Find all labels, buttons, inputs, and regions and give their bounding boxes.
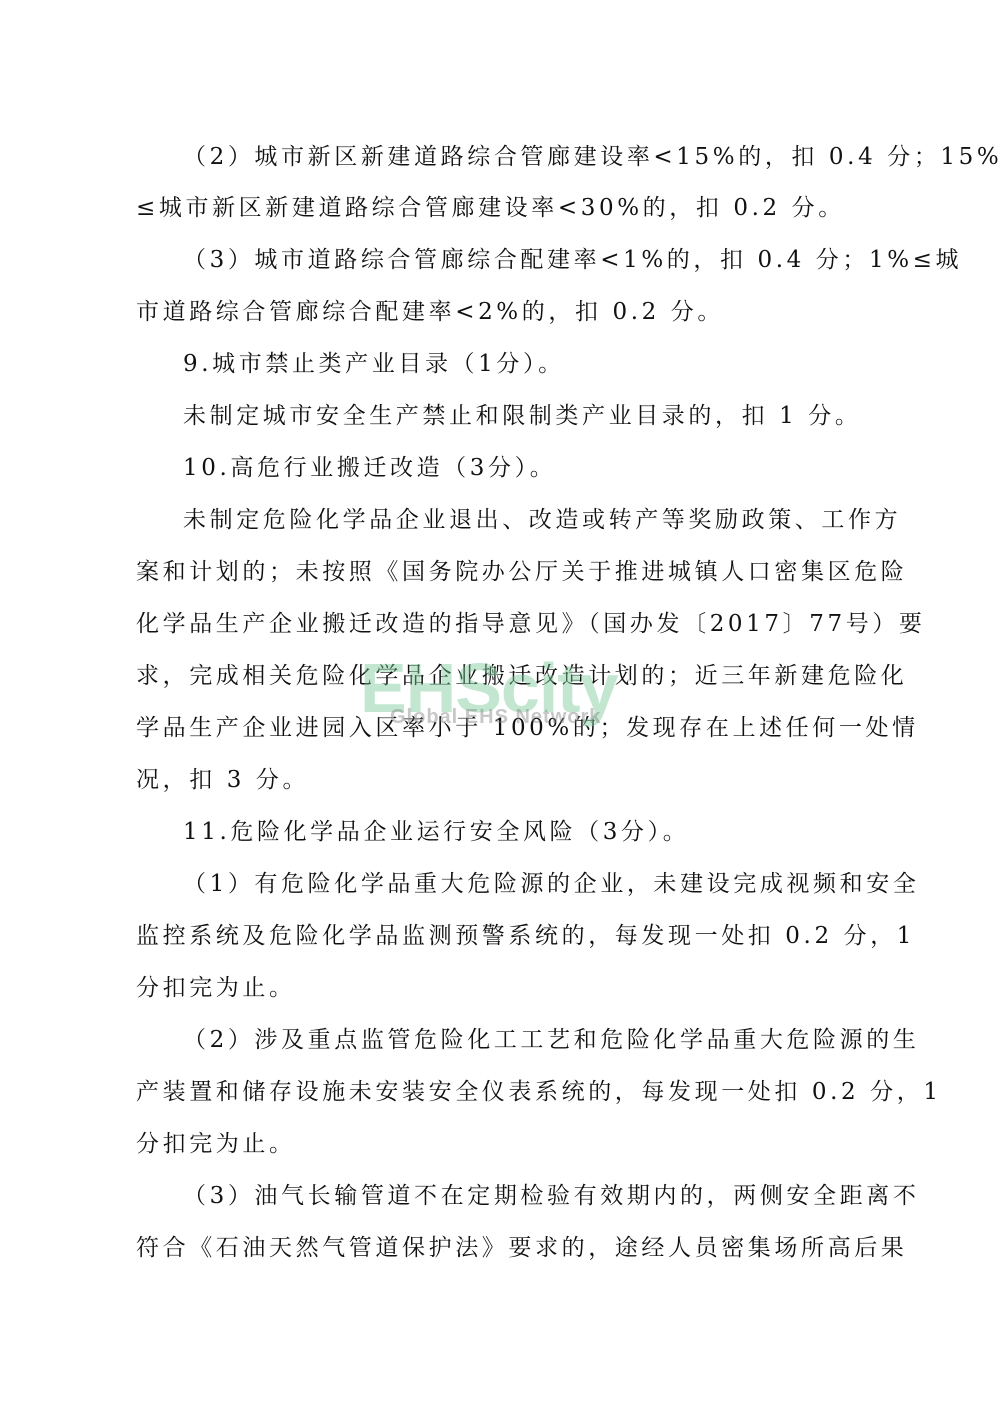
paragraph-line: 未制定危险化学品企业退出、改造或转产等奖励政策、工作方 [183,505,866,535]
paragraph-line: （3）城市道路综合管廊综合配建率<1%的，扣 0.4 分；1%≤城 [183,245,866,275]
paragraph-line: 市道路综合管廊综合配建率<2%的，扣 0.2 分。 [136,297,866,327]
paragraph-line: （3）油气长输管道不在定期检验有效期内的，两侧安全距离不 [183,1181,866,1211]
paragraph-line: 学品生产企业进园入区率小于 100%的；发现存在上述任何一处情 [136,713,866,743]
document-page: （2）城市新区新建道路综合管廊建设率<15%的，扣 0.4 分；15% ≤城市新… [0,0,1000,1413]
paragraph-line: 符合《石油天然气管道保护法》要求的，途经人员密集场所高后果 [136,1233,866,1263]
paragraph-line: 分扣完为止。 [136,973,866,1003]
paragraph-line: （1）有危险化学品重大危险源的企业，未建设完成视频和安全 [183,869,866,899]
paragraph-line: 求，完成相关危险化学品企业搬迁改造计划的；近三年新建危险化 [136,661,866,691]
paragraph-line: （2）涉及重点监管危险化工工艺和危险化学品重大危险源的生 [183,1025,866,1055]
paragraph-line: 产装置和储存设施未安装安全仪表系统的，每发现一处扣 0.2 分，1 [136,1077,866,1107]
section-heading-10: 10.高危行业搬迁改造（3分）。 [183,453,866,483]
section-heading-9: 9.城市禁止类产业目录（1分）。 [183,349,866,379]
paragraph-line: 分扣完为止。 [136,1129,866,1159]
paragraph-line: ≤城市新区新建道路综合管廊建设率<30%的，扣 0.2 分。 [136,193,866,223]
paragraph-line: 监控系统及危险化学品监测预警系统的，每发现一处扣 0.2 分，1 [136,921,866,951]
paragraph-line: 未制定城市安全生产禁止和限制类产业目录的，扣 1 分。 [183,401,866,431]
section-heading-11: 11.危险化学品企业运行安全风险（3分）。 [183,817,866,847]
paragraph-line: 化学品生产企业搬迁改造的指导意见》（国办发〔2017〕77号）要 [136,609,866,639]
paragraph-line: （2）城市新区新建道路综合管廊建设率<15%的，扣 0.4 分；15% [183,142,866,172]
paragraph-line: 案和计划的；未按照《国务院办公厅关于推进城镇人口密集区危险 [136,557,866,587]
paragraph-line: 况，扣 3 分。 [136,765,866,795]
